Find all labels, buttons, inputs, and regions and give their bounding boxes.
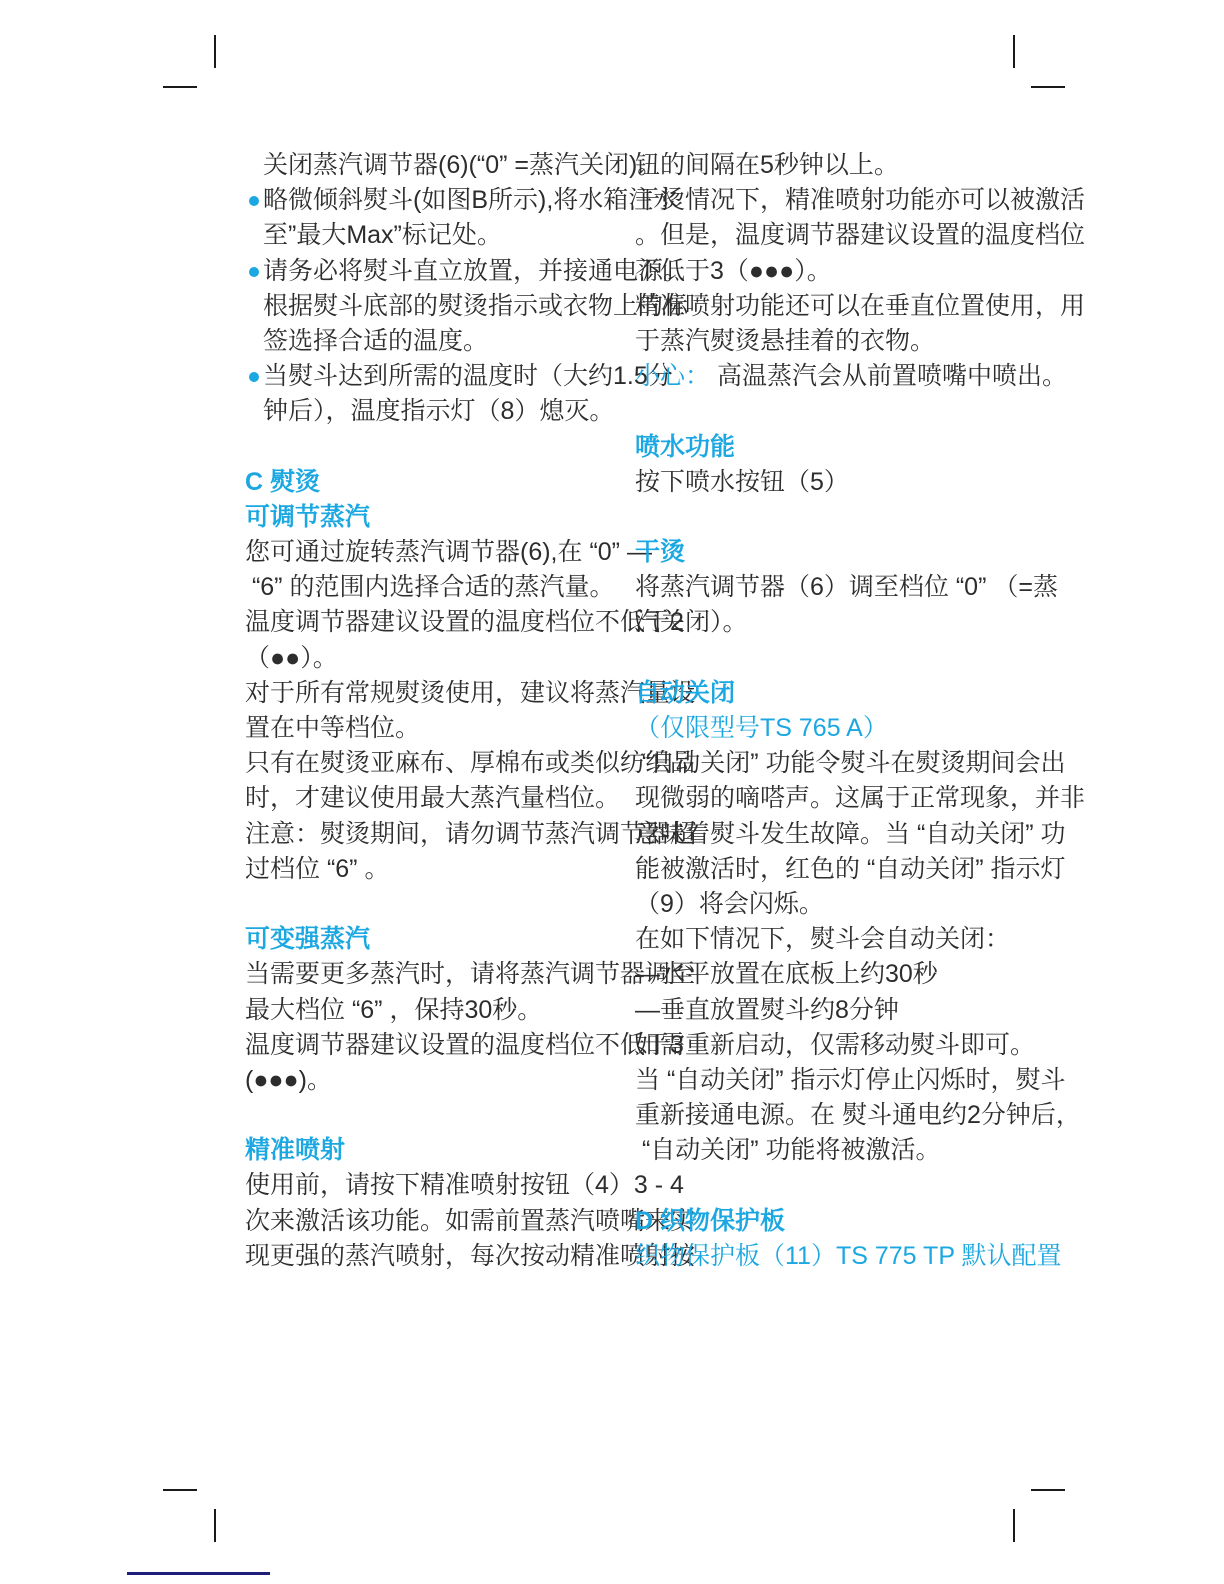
text-line: 意味着熨斗发生故障。当 “自动关闭” 功	[630, 817, 1022, 852]
bullet-continuation-line: 签选择合适的温度。	[240, 324, 632, 359]
bullet-line: 当熨斗达到所需的温度时（大约1.5分	[240, 359, 632, 394]
caution-text: 高温蒸汽会从前置喷嘴中喷出。	[710, 362, 1067, 390]
text-line: 使用前，请按下精准喷射按钮（4）3 - 4	[240, 1168, 632, 1203]
text-line: 现更强的蒸汽喷射，每次按动精准喷射按	[240, 1239, 632, 1274]
text-line: 最大档位 “6” ，保持30秒。	[240, 993, 632, 1028]
crop-mark-bottom-left-vertical	[214, 1509, 216, 1542]
text-line: 当需要更多蒸汽时，请将蒸汽调节器调至	[240, 957, 632, 992]
bullet-text: 当熨斗达到所需的温度时（大约1.5分	[263, 362, 673, 390]
text-line: 温度调节器建议设置的温度档位不低于3	[240, 1028, 632, 1063]
caution-line: 小心： 高温蒸汽会从前置喷嘴中喷出。	[630, 359, 1022, 394]
sub-heading: 可变强蒸汽	[240, 922, 632, 957]
caution-label: 小心：	[635, 362, 710, 390]
text-line: 精准喷射功能还可以在垂直位置使用，用	[630, 289, 1022, 324]
bullet-continuation-line: 根据熨斗底部的熨烫指示或衣物上的标	[240, 289, 632, 324]
blank-line	[240, 1098, 632, 1133]
text-line: 只有在熨烫亚麻布、厚棉布或类似纺织品	[240, 746, 632, 781]
footer-rule	[127, 1572, 270, 1575]
blank-line	[240, 430, 632, 465]
bullet-line: 请务必将熨斗直立放置，并接通电源。	[240, 254, 632, 289]
text-line: 将蒸汽调节器（6）调至档位 “0” （=蒸	[630, 570, 1022, 605]
bullet-line: 略微倾斜熨斗(如图B所示),将水箱注水	[240, 183, 632, 218]
text-line: —垂直放置熨斗约8分钟	[630, 993, 1022, 1028]
text-line: 能被激活时，红色的 “自动关闭” 指示灯	[630, 852, 1022, 887]
crop-mark-top-left-vertical	[214, 35, 216, 68]
text-line: —水平放置在底板上约30秒	[630, 957, 1022, 992]
text-line: 。但是，温度调节器建议设置的温度档位	[630, 218, 1022, 253]
text-line: 您可通过旋转蒸汽调节器(6),在 “0” —	[240, 535, 632, 570]
section-heading: C 熨烫	[240, 465, 632, 500]
sub-heading: 自动关闭	[630, 676, 1022, 711]
text-line: 在如下情况下，熨斗会自动关闭：	[630, 922, 1022, 957]
blank-line	[630, 1168, 1022, 1203]
accent-note-line: 织物保护板（11）TS 775 TP 默认配置	[630, 1239, 1022, 1274]
text-line: 如需重新启动，仅需移动熨斗即可。	[630, 1028, 1022, 1063]
bullet-continuation-line: 关闭蒸汽调节器(6)(“0” =蒸汽关闭)。	[240, 148, 632, 183]
text-line: “自动关闭” 功能令熨斗在熨烫期间会出	[630, 746, 1022, 781]
blank-line	[630, 500, 1022, 535]
text-line: （9）将会闪烁。	[630, 887, 1022, 922]
text-line: 不低于3（●●●）。	[630, 254, 1022, 289]
text-line: 置在中等档位。	[240, 711, 632, 746]
bullet-text: 略微倾斜熨斗(如图B所示),将水箱注水	[263, 186, 678, 214]
crop-mark-top-right-vertical	[1013, 35, 1015, 68]
bullet-continuation-line: 钟后），温度指示灯（8）熄灭。	[240, 394, 632, 429]
left-text-column: 关闭蒸汽调节器(6)(“0” =蒸汽关闭)。略微倾斜熨斗(如图B所示),将水箱注…	[240, 148, 632, 1274]
section-heading: D 织物保护板	[630, 1204, 1022, 1239]
text-line: “自动关闭” 功能将被激活。	[630, 1133, 1022, 1168]
sub-heading: 喷水功能	[630, 430, 1022, 465]
crop-mark-bottom-left-horizontal	[163, 1489, 197, 1491]
blank-line	[630, 394, 1022, 429]
sub-heading: 干烫	[630, 535, 1022, 570]
blank-line	[630, 641, 1022, 676]
text-line: 汽关闭）。	[630, 605, 1022, 640]
crop-mark-bottom-right-horizontal	[1031, 1489, 1065, 1491]
text-line: 重新接通电源。在 熨斗通电约2分钟后，	[630, 1098, 1022, 1133]
bullet-dot-icon	[249, 196, 259, 206]
crop-mark-bottom-right-vertical	[1013, 1509, 1015, 1542]
crop-mark-top-left-horizontal	[163, 86, 197, 88]
text-line: 过档位 “6” 。	[240, 852, 632, 887]
manual-page: 关闭蒸汽调节器(6)(“0” =蒸汽关闭)。略微倾斜熨斗(如图B所示),将水箱注…	[0, 0, 1224, 1584]
text-line: 于蒸汽熨烫悬挂着的衣物。	[630, 324, 1022, 359]
bullet-text: 请务必将熨斗直立放置，并接通电源。	[263, 257, 688, 285]
text-line: “6” 的范围内选择合适的蒸汽量。	[240, 570, 632, 605]
text-line: 对于所有常规熨烫使用，建议将蒸汽量设	[240, 676, 632, 711]
text-line: 注意：熨烫期间，请勿调节蒸汽调节器超	[240, 817, 632, 852]
text-line: 当 “自动关闭” 指示灯停止闪烁时，熨斗	[630, 1063, 1022, 1098]
bullet-continuation-line: 至”最大Max”标记处。	[240, 218, 632, 253]
bullet-dot-icon	[249, 372, 259, 382]
blank-line	[240, 887, 632, 922]
right-text-column: 钮的间隔在5秒钟以上。干烫情况下，精准喷射功能亦可以被激活。但是，温度调节器建议…	[630, 148, 1022, 1274]
text-line: 干烫情况下，精准喷射功能亦可以被激活	[630, 183, 1022, 218]
bullet-dot-icon	[249, 267, 259, 277]
text-line: 按下喷水按钮（5）	[630, 465, 1022, 500]
text-line: 次来激活该功能。如需前置蒸汽喷嘴来实	[240, 1204, 632, 1239]
crop-mark-top-right-horizontal	[1031, 86, 1065, 88]
accent-note-line: （仅限型号TS 765 A）	[630, 711, 1022, 746]
sub-heading: 精准喷射	[240, 1133, 632, 1168]
text-line: 温度调节器建议设置的温度档位不低于2	[240, 605, 632, 640]
text-line: （●●）。	[240, 641, 632, 676]
text-line: 现微弱的嘀嗒声。这属于正常现象，并非	[630, 781, 1022, 816]
sub-heading: 可调节蒸汽	[240, 500, 632, 535]
text-line: (●●●)。	[240, 1063, 632, 1098]
text-line: 时，才建议使用最大蒸汽量档位。	[240, 781, 632, 816]
text-line: 钮的间隔在5秒钟以上。	[630, 148, 1022, 183]
